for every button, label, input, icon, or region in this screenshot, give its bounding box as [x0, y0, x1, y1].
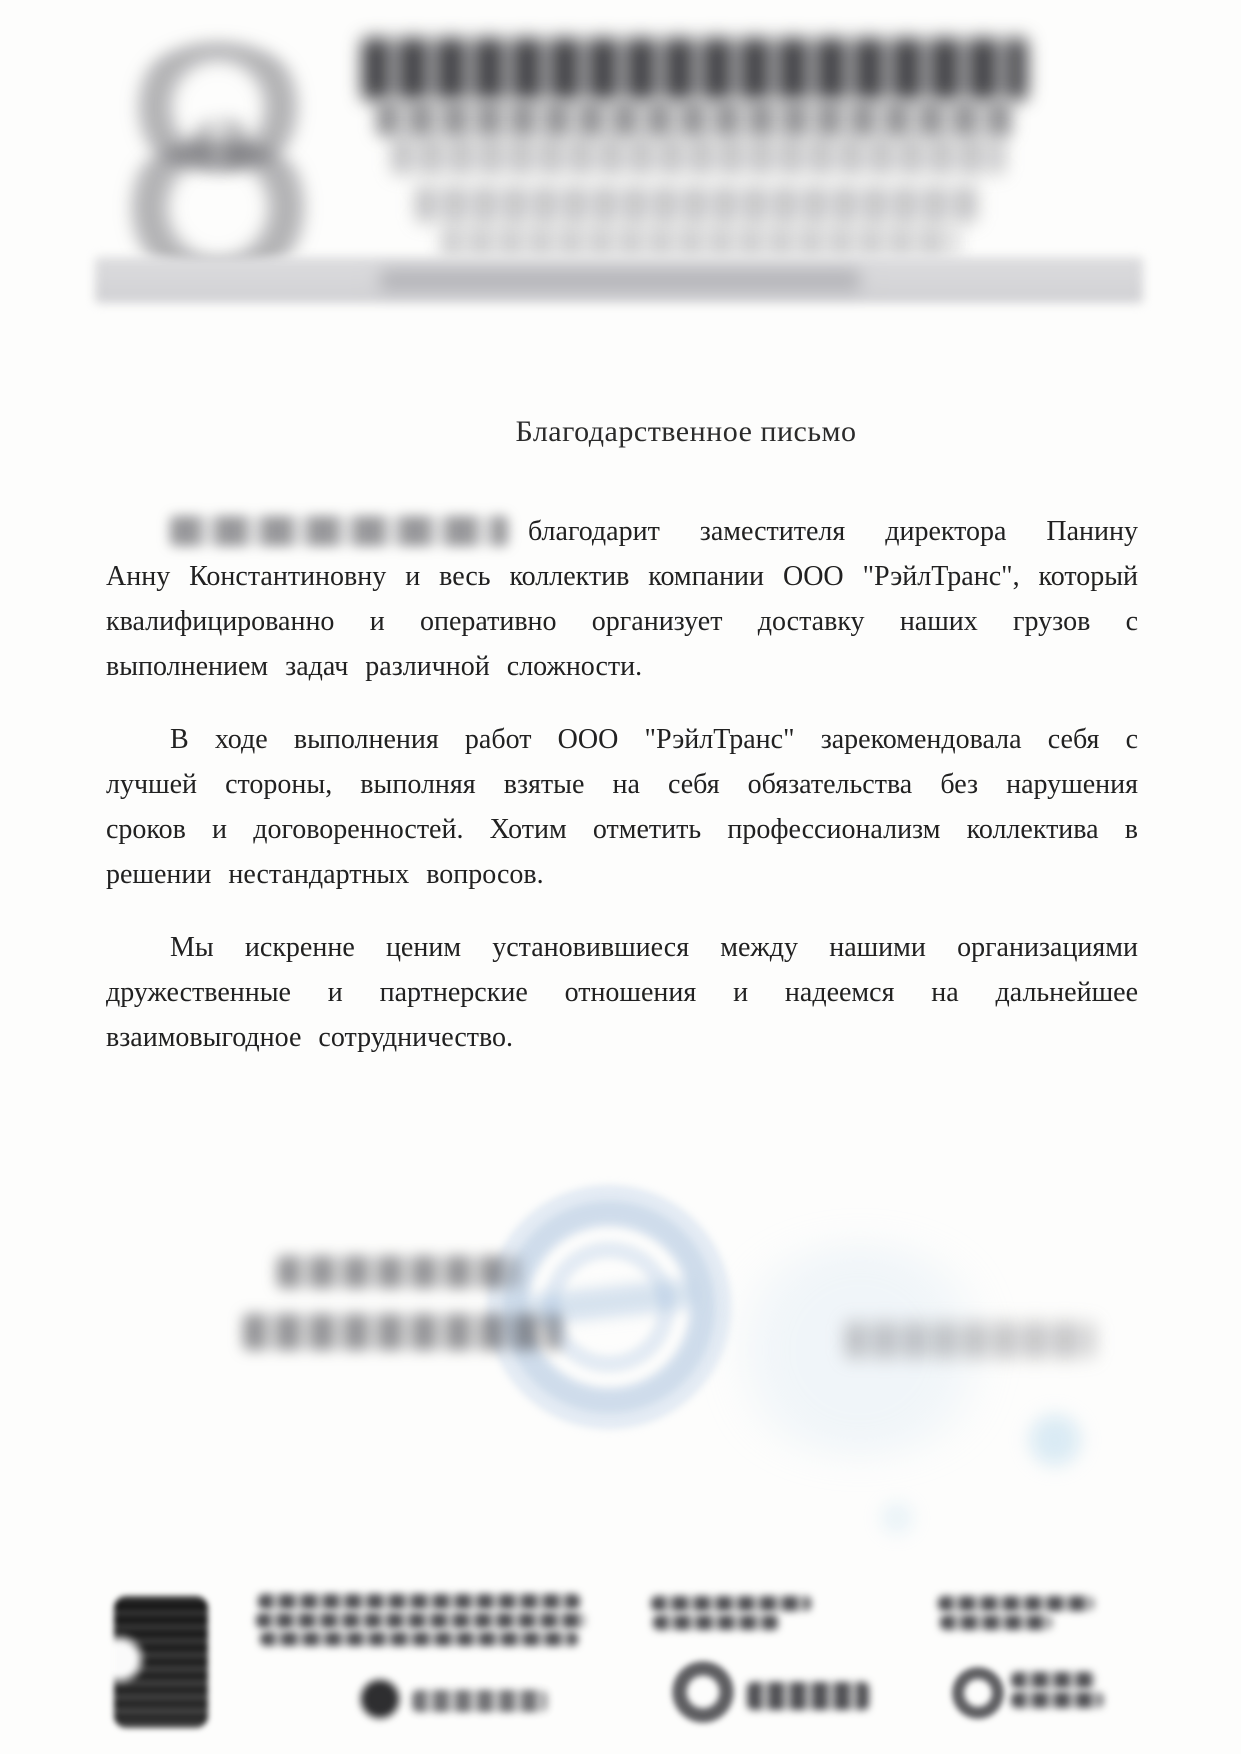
paragraph-3-text: Мы искренне ценим установившиеся между н… [106, 932, 1138, 1053]
redacted-letterhead-line-2 [376, 102, 1014, 136]
paragraph-3: Мы искренне ценим установившиеся между н… [106, 925, 1138, 1060]
redacted-letterhead-line-3 [392, 136, 1004, 174]
redacted-signatory-name [846, 1322, 1094, 1358]
redacted-footer-col3-line-2 [940, 1615, 1052, 1630]
redacted-footer-col2-line-1 [651, 1596, 811, 1611]
ink-smudge-2 [874, 1498, 920, 1538]
redacted-footer-col1-line-2 [256, 1613, 586, 1628]
redacted-footer-logo-3-text-2 [1011, 1692, 1103, 1708]
paragraph-2: В ходе выполнения работ ООО "РэйлТранс" … [106, 717, 1138, 897]
redacted-footer-col1-line-3 [260, 1632, 578, 1646]
redacted-footer-col3-line-1 [938, 1596, 1094, 1611]
redacted-letterhead-line-4 [416, 186, 980, 222]
redacted-band-text [380, 269, 860, 291]
paragraph-1: благодарит заместителя директора Панину … [106, 509, 1138, 689]
redacted-footer-logo-2-text [747, 1682, 869, 1710]
redacted-footer-logo-3-text-1 [1011, 1672, 1095, 1688]
redacted-sender-company-name [170, 516, 508, 546]
footer-logo-2-icon [671, 1660, 735, 1724]
redacted-signatory-title-line-1 [277, 1256, 519, 1288]
redacted-footer-qr-block [114, 1596, 208, 1728]
letter-title: Благодарственное письмо [170, 415, 1202, 449]
redacted-footer-logo-1-text [412, 1690, 547, 1712]
redacted-footer-col2-line-2 [653, 1615, 779, 1630]
ink-smudge-1 [1022, 1408, 1088, 1472]
footer-logo-3-icon [951, 1666, 1005, 1720]
redacted-signatory-title-line-2 [243, 1314, 561, 1350]
footer-logo-1-icon [357, 1676, 403, 1722]
paragraph-2-text: В ходе выполнения работ ООО "РэйлТранс" … [106, 724, 1138, 890]
logo-core [190, 118, 254, 170]
company-stamp-icon [487, 1185, 731, 1429]
redacted-company-name-line [362, 38, 1027, 100]
redacted-letterhead-line-5 [442, 226, 958, 258]
scanned-letter-page: Благодарственное письмо благодарит замес… [0, 0, 1241, 1754]
letterhead-divider-band [95, 257, 1143, 303]
letter-body: Благодарственное письмо благодарит замес… [106, 415, 1138, 1060]
redacted-footer-col1-line-1 [258, 1594, 580, 1609]
